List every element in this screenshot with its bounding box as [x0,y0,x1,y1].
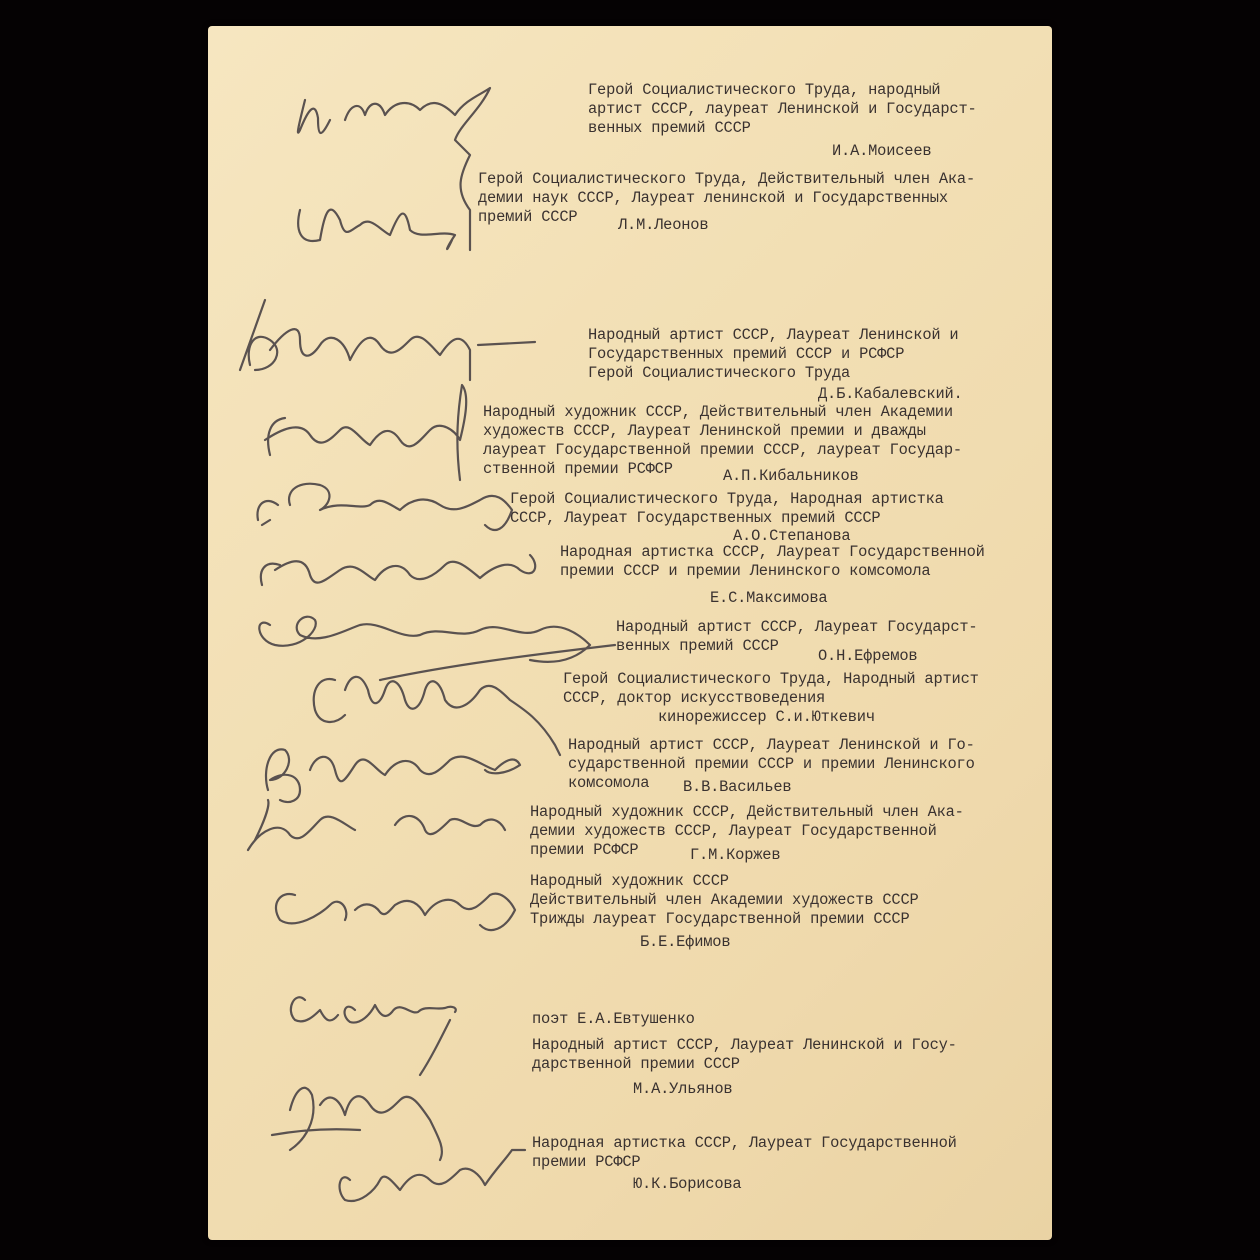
entry-evtushenko-name: поэт Е.А.Евтушенко [532,1010,695,1029]
entry-yutkevich-name: кинорежиссер С.и.Юткевич [658,708,875,727]
entry-efimov-name: Б.Е.Ефимов [640,933,730,952]
entry-moiseev-name: И.А.Моисеев [832,142,931,161]
entry-maksimova-titles: Народная артистка СССР, Лауреат Государс… [560,543,985,581]
entry-yutkevich-titles: Герой Социалистического Труда, Народный … [563,670,979,708]
entry-stepanova-titles: Герой Социалистического Труда, Народная … [510,490,944,528]
entry-maksimova-name: Е.С.Максимова [710,589,827,608]
entry-kabalevsky-titles: Народный артист СССР, Лауреат Ленинской … [588,326,958,383]
entry-kabalevsky-name: Д.Б.Кабалевский. [818,385,963,404]
entry-kibalnikov-name: А.П.Кибальников [723,467,859,486]
entry-korzhev-name: Г.М.Коржев [690,846,780,865]
entry-leonov-titles: Герой Социалистического Труда, Действите… [478,170,975,227]
entry-ulyanov-name: М.А.Ульянов [633,1080,732,1099]
entry-efremov-name: О.Н.Ефремов [818,647,917,666]
entry-moiseev-titles: Герой Социалистического Труда, народный … [588,81,977,138]
entry-borisova-name: Ю.К.Борисова [633,1175,741,1194]
entry-borisova-titles: Народная артистка СССР, Лауреат Государс… [532,1134,957,1172]
entry-efremov-titles: Народный артист СССР, Лауреат Государст-… [616,618,977,656]
entry-ulyanov-titles: Народный артист СССР, Лауреат Ленинской … [532,1036,957,1074]
entry-efimov-titles: Народный художник СССР Действительный чл… [530,872,919,929]
entry-leonov-name: Л.М.Леонов [618,216,708,235]
entry-vasiliev-name: В.В.Васильев [683,778,791,797]
